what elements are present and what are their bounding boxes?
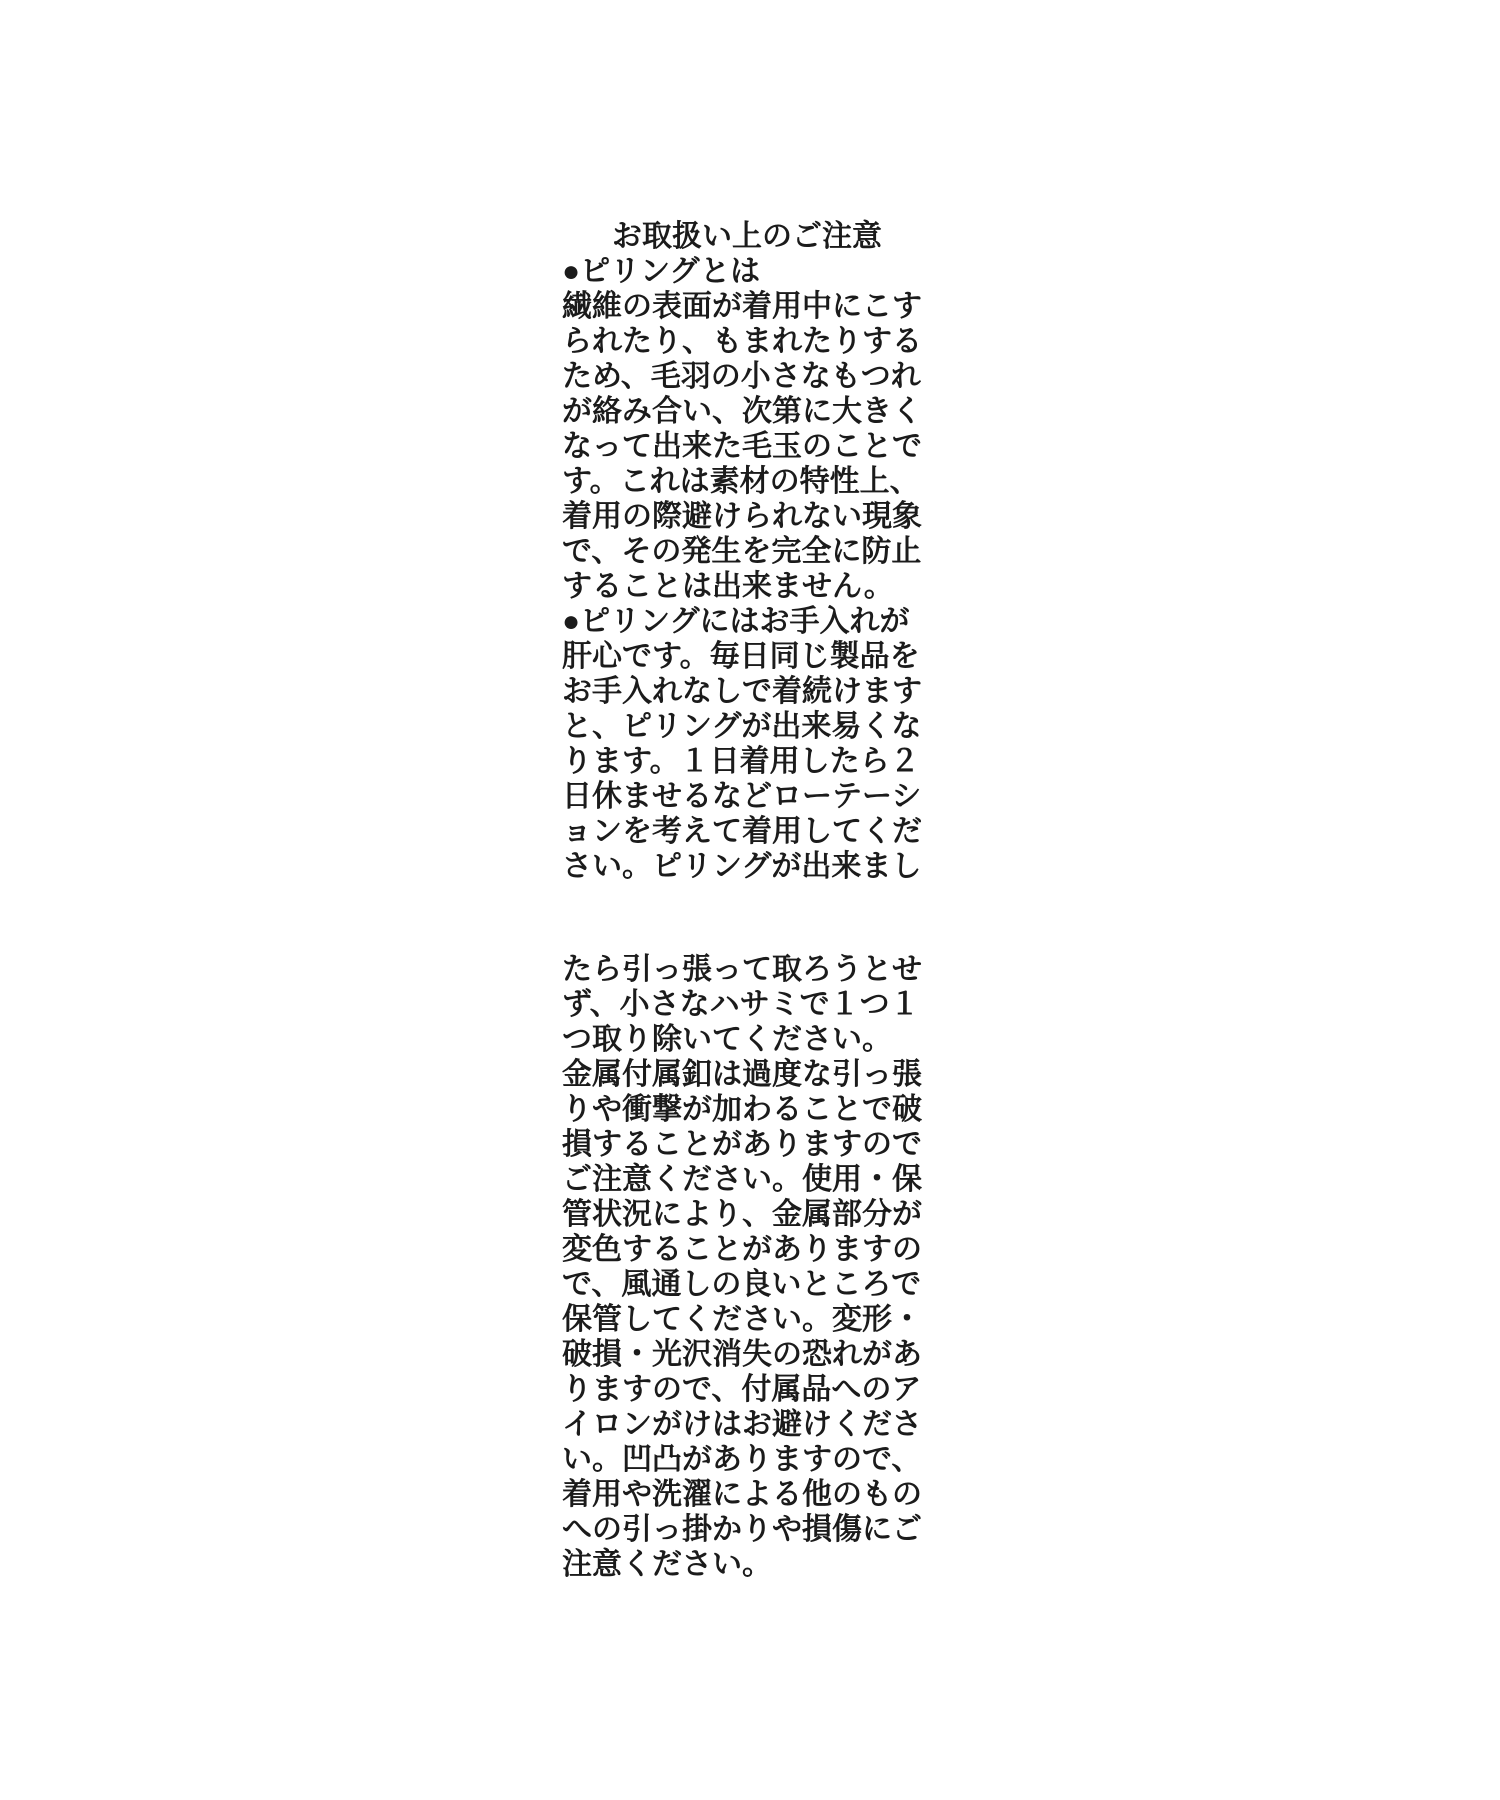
notice-title: お取扱い上のご注意	[562, 219, 942, 254]
text-line: 注意ください。	[562, 1547, 942, 1582]
text-line: ります。１日着用したら２	[562, 744, 942, 779]
text-line: で、風通しの良いところで	[562, 1267, 942, 1302]
text-line: さい。ピリングが出来まし	[562, 849, 942, 884]
text-line: お手入れなしで着続けます	[562, 674, 942, 709]
text-line: つ取り除いてください。	[562, 1022, 942, 1057]
text-line: 損することがありますので	[562, 1127, 942, 1162]
text-line: なって出来た毛玉のことで	[562, 429, 942, 464]
text-line: い。凹凸がありますので、	[562, 1442, 942, 1477]
text-line: が絡み合い、次第に大きく	[562, 394, 942, 429]
text-line: たら引っ張って取ろうとせ	[562, 952, 942, 987]
text-line: 破損・光沢消失の恐れがあ	[562, 1337, 942, 1372]
care-notice: お取扱い上のご注意 ●ピリングとは 繊維の表面が着用中にこす られたり、もまれた…	[562, 219, 942, 1582]
text-line: イロンがけはお避けくださ	[562, 1407, 942, 1442]
notice-paragraph-pilling: ●ピリングとは 繊維の表面が着用中にこす られたり、もまれたりする ため、毛羽の…	[562, 254, 942, 884]
text-line: ●ピリングにはお手入れが	[562, 604, 942, 639]
text-line: られたり、もまれたりする	[562, 324, 942, 359]
text-line: ため、毛羽の小さなもつれ	[562, 359, 942, 394]
text-line: す。これは素材の特性上、	[562, 464, 942, 499]
text-line: ず、小さなハサミで１つ１	[562, 987, 942, 1022]
text-line: りますので、付属品へのア	[562, 1372, 942, 1407]
text-line: 管状況により、金属部分が	[562, 1197, 942, 1232]
text-line: 変色することがありますの	[562, 1232, 942, 1267]
text-line: ョンを考えて着用してくだ	[562, 814, 942, 849]
text-line: することは出来ません。	[562, 569, 942, 604]
text-line: 肝心です。毎日同じ製品を	[562, 639, 942, 674]
text-line: と、ピリングが出来易くな	[562, 709, 942, 744]
text-line: 繊維の表面が着用中にこす	[562, 289, 942, 324]
text-line: 日休ませるなどローテーシ	[562, 779, 942, 814]
text-line: 着用や洗濯による他のもの	[562, 1477, 942, 1512]
text-line: 金属付属釦は過度な引っ張	[562, 1057, 942, 1092]
text-line: りや衝撃が加わることで破	[562, 1092, 942, 1127]
text-line: で、その発生を完全に防止	[562, 534, 942, 569]
text-line: 着用の際避けられない現象	[562, 499, 942, 534]
notice-paragraph-care: たら引っ張って取ろうとせ ず、小さなハサミで１つ１ つ取り除いてください。 金属…	[562, 952, 942, 1582]
text-line: 保管してください。変形・	[562, 1302, 942, 1337]
text-line: ご注意ください。使用・保	[562, 1162, 942, 1197]
text-line: への引っ掛かりや損傷にご	[562, 1512, 942, 1547]
text-line: ●ピリングとは	[562, 254, 942, 289]
